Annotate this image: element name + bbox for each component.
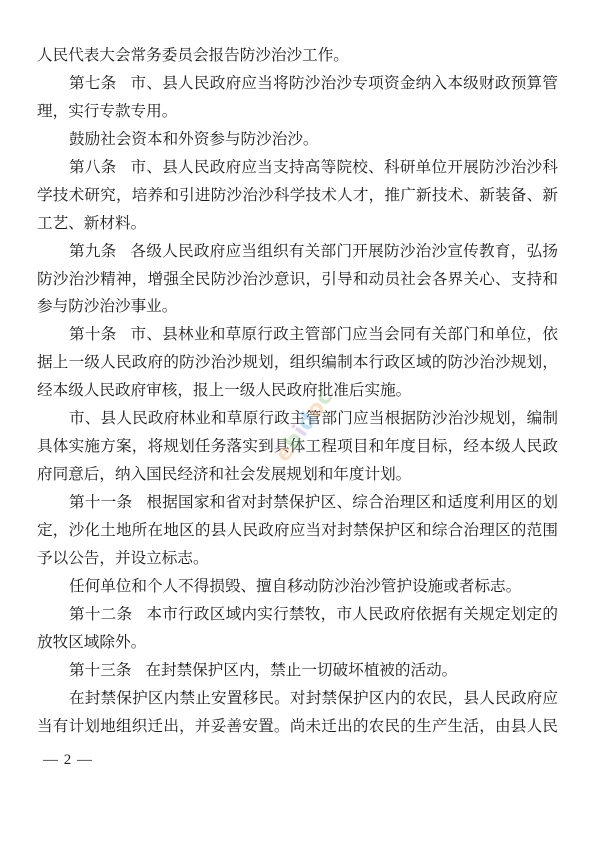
article-text: 市、县人民政府应当支持高等院校、科研单位开展防沙治沙科 [131,158,558,176]
text-line: 具体实施方案，将规划任务落实到具体工程项目和年度目标，经本级人民政 [37,435,558,463]
text-line: 放牧区域除外。 [37,631,558,659]
text-line: 理，实行专款专用。 [37,100,558,128]
article-number: 第十条 [69,325,117,343]
article-line: 第十三条在封禁保护区内，禁止一切破坏植被的活动。 [37,659,558,687]
text-line: 市、县人民政府林业和草原行政主管部门应当根据防沙治沙规划，编制 [37,407,558,435]
article-number: 第七条 [69,74,117,92]
text-line: 鼓励社会资本和外资参与防沙治沙。 [37,128,558,156]
document-body: 人民代表大会常务委员会报告防沙治沙工作。 第七条市、县人民政府应当将防沙治沙专项… [37,44,558,742]
text-line: 经本级人民政府审核，报上一级人民政府批准后实施。 [37,379,558,407]
article-line: 第九条各级人民政府应当组织有关部门开展防沙治沙宣传教育，弘扬 [37,240,558,268]
text-line: 工艺、新材料。 [37,212,558,240]
article-text: 本市行政区域内实行禁牧，市人民政府依据有关规定划定的 [146,605,558,623]
article-number: 第十一条 [69,493,132,511]
article-line: 第七条市、县人民政府应当将防沙治沙专项资金纳入本级财政预算管 [37,72,558,100]
text-line: 人民代表大会常务委员会报告防沙治沙工作。 [37,44,558,72]
document-page: 人民代表大会常务委员会报告防沙治沙工作。 第七条市、县人民政府应当将防沙治沙专项… [0,0,595,841]
text-line: 在封禁保护区内禁止安置移民。对封禁保护区内的农民，县人民政府应 [37,687,558,715]
article-text: 根据国家和省对封禁保护区、综合治理区和适度利用区的划 [146,493,558,511]
article-number: 第八条 [69,158,117,176]
article-line: 第八条市、县人民政府应当支持高等院校、科研单位开展防沙治沙科 [37,156,558,184]
page-number: — 2 — [43,752,93,769]
text-line: 参与防沙治沙事业。 [37,295,558,323]
article-text: 在封禁保护区内，禁止一切破坏植被的活动。 [145,661,457,679]
text-line: 当有计划地组织迁出，并妥善安置。尚未迁出的农民的生产生活，由县人民 [37,715,558,743]
text-line: 学技术研究，培养和引进防沙治沙科学技术人才，推广新技术、新装备、新 [37,184,558,212]
article-number: 第九条 [69,242,117,260]
article-line: 第十二条本市行政区域内实行禁牧，市人民政府依据有关规定划定的 [37,603,558,631]
article-line: 第十一条根据国家和省对封禁保护区、综合治理区和适度利用区的划 [37,491,558,519]
article-text: 市、县林业和草原行政主管部门应当会同有关部门和单位，依 [131,325,558,343]
text-line: 定，沙化土地所在地区的县人民政府应当对封禁保护区和综合治理区的范围 [37,519,558,547]
text-line: 予以公告，并设立标志。 [37,547,558,575]
text-line: 任何单位和个人不得损毁、擅自移动防沙治沙管护设施或者标志。 [37,575,558,603]
text-line: 防沙治沙精神，增强全民防沙治沙意识，引导和动员社会各界关心、支持和 [37,268,558,296]
article-number: 第十二条 [69,605,132,623]
article-text: 各级人民政府应当组织有关部门开展防沙治沙宣传教育，弘扬 [131,242,558,260]
article-number: 第十三条 [69,661,131,679]
article-line: 第十条市、县林业和草原行政主管部门应当会同有关部门和单位，依 [37,323,558,351]
text-line: 府同意后，纳入国民经济和社会发展规划和年度计划。 [37,463,558,491]
article-text: 市、县人民政府应当将防沙治沙专项资金纳入本级财政预算管 [131,74,558,92]
text-line: 据上一级人民政府的防沙治沙规划，组织编制本行政区域的防沙治沙规划， [37,351,558,379]
